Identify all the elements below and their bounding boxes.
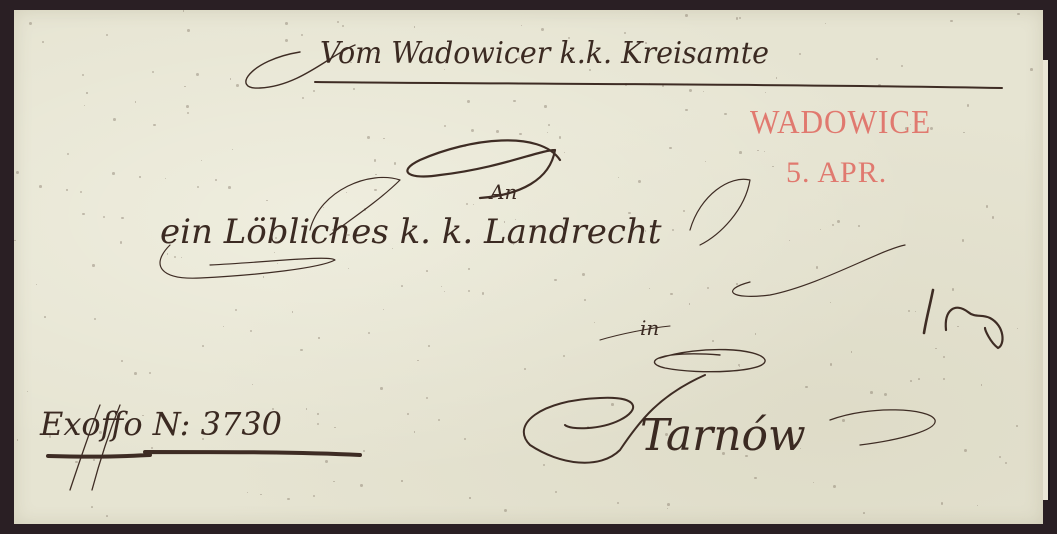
paper-speckle	[1016, 425, 1018, 427]
paper-speckle	[428, 345, 430, 347]
paper-speckle	[943, 356, 945, 358]
paper-speckle	[705, 161, 706, 162]
paper-speckle	[121, 217, 124, 220]
paper-speckle	[1017, 328, 1018, 329]
paper-speckle	[187, 29, 190, 32]
reference-number: Exoffo N: 3730	[40, 405, 282, 443]
paper-speckle	[504, 509, 507, 512]
paper-speckle	[915, 311, 916, 312]
paper-speckle	[201, 160, 202, 161]
paper-speckle	[287, 498, 289, 500]
paper-speckle	[120, 241, 122, 243]
paper-speckle	[346, 192, 347, 193]
paper-speckle	[757, 150, 759, 152]
paper-speckle	[689, 303, 691, 305]
paper-speckle	[901, 65, 903, 67]
paper-speckle	[368, 332, 370, 334]
paper-speckle	[215, 179, 217, 181]
paper-speckle	[943, 378, 946, 381]
paper-speckle	[764, 151, 765, 152]
paper-speckle	[113, 118, 116, 121]
paper-speckle	[739, 366, 740, 367]
paper-speckle	[467, 100, 470, 103]
paper-speckle	[183, 10, 184, 11]
paper-speckle	[519, 133, 522, 136]
paper-speckle	[703, 91, 704, 92]
paper-speckle	[401, 285, 403, 287]
paper-speckle	[93, 459, 95, 461]
paper-speckle	[342, 25, 344, 27]
paper-speckle	[426, 270, 428, 272]
paper-speckle	[672, 229, 674, 231]
paper-speckle	[736, 283, 738, 285]
sender-line: Vom Wadowicer k.k. Kreisamte	[320, 36, 769, 71]
paper-speckle	[825, 23, 826, 24]
paper-speckle	[106, 34, 108, 36]
paper-speckle	[186, 105, 189, 108]
paper-speckle	[313, 495, 315, 497]
paper-speckle	[84, 105, 85, 106]
paper-speckle	[649, 288, 651, 290]
paper-speckle	[935, 348, 936, 349]
paper-speckle	[301, 34, 303, 36]
paper-speckle	[250, 330, 252, 332]
paper-speckle	[277, 263, 278, 264]
paper-speckle	[724, 113, 727, 116]
paper-speckle	[739, 17, 741, 19]
paper-speckle	[285, 39, 288, 42]
paper-speckle	[908, 310, 910, 312]
paper-speckle	[830, 302, 831, 303]
paper-speckle	[165, 178, 166, 179]
paper-speckle	[611, 403, 614, 406]
paper-speckle	[317, 413, 318, 414]
paper-speckle	[121, 360, 123, 362]
paper-speckle	[75, 461, 77, 463]
postmark-date: 5. APR.	[786, 156, 887, 190]
paper-speckle	[80, 191, 82, 193]
paper-speckle	[313, 90, 315, 92]
paper-speckle	[367, 136, 370, 139]
paper-speckle	[992, 216, 995, 219]
paper-speckle	[910, 380, 912, 382]
paper-speckle	[707, 287, 709, 289]
paper-speckle	[29, 22, 32, 25]
paper-speckle	[833, 485, 836, 488]
paper-speckle	[383, 309, 384, 310]
paper-speckle	[555, 491, 557, 493]
paper-speckle	[1030, 68, 1033, 71]
paper-speckle	[337, 21, 339, 23]
paper-speckle	[91, 506, 93, 508]
paper-speckle	[667, 508, 668, 509]
paper-speckle	[624, 32, 626, 34]
paper-speckle	[473, 204, 474, 205]
paper-speckle	[263, 276, 265, 278]
paper-speckle	[67, 153, 69, 155]
paper-speckle	[851, 351, 852, 352]
paper-speckle	[86, 92, 87, 93]
paper-speckle	[685, 109, 687, 111]
paper-speckle	[830, 363, 833, 366]
paper-speckle	[513, 100, 515, 102]
paper-speckle	[407, 413, 409, 415]
paper-speckle	[232, 149, 233, 150]
paper-speckle	[27, 391, 28, 392]
paper-speckle	[235, 309, 237, 311]
paper-speckle	[401, 480, 402, 481]
paper-speckle	[414, 26, 415, 27]
paper-speckle	[296, 259, 297, 260]
paper-speckle	[184, 86, 185, 87]
paper-speckle	[441, 286, 442, 287]
paper-speckle	[139, 176, 140, 177]
paper-speckle	[837, 220, 840, 223]
paper-speckle	[426, 397, 428, 399]
paper-speckle	[670, 293, 672, 295]
paper-speckle	[964, 449, 967, 452]
paper-speckle	[174, 256, 176, 258]
paper-speckle	[197, 186, 200, 189]
paper-speckle	[582, 273, 585, 276]
paper-speckle	[380, 387, 382, 389]
paper-speckle	[816, 266, 819, 269]
paper-speckle	[986, 205, 989, 208]
paper-speckle	[468, 268, 469, 269]
paper-speckle	[1005, 462, 1007, 464]
paper-speckle	[638, 180, 641, 183]
letter-cover	[14, 10, 1043, 524]
paper-speckle	[36, 284, 37, 285]
paper-speckle	[496, 130, 499, 133]
paper-speckle	[333, 481, 334, 482]
paper-speckle	[541, 28, 544, 31]
paper-speckle	[813, 482, 814, 483]
paper-speckle	[364, 208, 367, 211]
paper-speckle	[469, 497, 470, 498]
paper-speckle	[167, 253, 168, 254]
paper-speckle	[564, 152, 565, 153]
paper-speckle	[14, 240, 16, 242]
paper-speckle	[187, 112, 189, 114]
paper-speckle	[554, 279, 556, 281]
postmark-town: WADOWICE	[750, 104, 931, 142]
paper-speckle	[285, 22, 288, 25]
paper-speckle	[414, 431, 415, 432]
paper-speckle	[870, 391, 873, 394]
paper-speckle	[318, 337, 319, 338]
paper-speckle	[236, 84, 239, 87]
address-city: Tarnów	[640, 410, 806, 461]
paper-speckle	[683, 210, 685, 212]
address-preposition: in	[640, 316, 659, 340]
paper-speckle	[544, 105, 546, 107]
paper-speckle	[649, 83, 651, 85]
paper-speckle	[444, 291, 445, 292]
paper-speckle	[950, 20, 952, 22]
paper-speckle	[594, 322, 595, 323]
paper-edge	[1043, 60, 1050, 500]
paper-speckle	[918, 378, 920, 380]
paper-speckle	[317, 423, 319, 425]
paper-speckle	[820, 229, 821, 230]
paper-speckle	[962, 239, 965, 242]
paper-speckle	[82, 213, 85, 216]
paper-speckle	[348, 268, 349, 269]
paper-speckle	[977, 505, 978, 506]
paper-speckle	[789, 240, 790, 241]
paper-speckle	[772, 166, 773, 167]
paper-speckle	[878, 84, 881, 87]
paper-speckle	[444, 125, 446, 127]
paper-speckle	[963, 132, 964, 133]
paper-speckle	[524, 368, 526, 370]
paper-speckle	[858, 225, 860, 227]
paper-speckle	[375, 174, 377, 176]
paper-speckle	[363, 450, 365, 452]
paper-speckle	[94, 318, 96, 320]
paper-speckle	[230, 78, 231, 79]
paper-speckle	[464, 438, 466, 440]
paper-speckle	[799, 53, 801, 55]
paper-speckle	[44, 316, 46, 318]
paper-speckle	[739, 151, 742, 154]
paper-speckle	[941, 502, 943, 504]
paper-speckle	[42, 41, 44, 43]
paper-speckle	[482, 292, 484, 294]
paper-speckle	[617, 502, 619, 504]
paper-speckle	[884, 393, 887, 396]
paper-speckle	[765, 92, 766, 93]
paper-speckle	[685, 14, 688, 17]
paper-speckle	[149, 372, 151, 374]
paper-speckle	[360, 484, 362, 486]
paper-speckle	[563, 355, 565, 357]
paper-speckle	[689, 89, 692, 92]
paper-speckle	[468, 290, 470, 292]
paper-speckle	[842, 419, 845, 422]
paper-speckle	[17, 439, 18, 440]
paper-speckle	[302, 97, 304, 99]
paper-speckle	[712, 340, 714, 342]
paper-speckle	[334, 427, 336, 429]
paper-speckle	[202, 345, 204, 347]
paper-speckle	[559, 136, 562, 139]
paper-speckle	[39, 185, 42, 188]
paper-speckle	[181, 257, 182, 258]
paper-speckle	[196, 73, 199, 76]
paper-speckle	[967, 104, 969, 106]
paper-speckle	[394, 162, 396, 164]
paper-speckle	[112, 172, 115, 175]
paper-speckle	[16, 171, 19, 174]
paper-speckle	[300, 349, 303, 352]
paper-speckle	[228, 186, 231, 189]
paper-speckle	[471, 129, 474, 132]
paper-speckle	[383, 138, 384, 139]
paper-speckle	[153, 124, 155, 126]
paper-speckle	[103, 216, 105, 218]
paper-speckle	[323, 207, 324, 208]
paper-speckle	[223, 326, 224, 327]
paper-speckle	[325, 460, 328, 463]
paper-speckle	[247, 492, 248, 493]
paper-speckle	[738, 364, 740, 366]
paper-speckle	[374, 189, 377, 192]
paper-speckle	[438, 419, 440, 421]
paper-speckle	[152, 71, 155, 74]
paper-speckle	[999, 456, 1001, 458]
address-recipient: ein Löbliches k. k. Landrecht	[160, 212, 662, 252]
paper-speckle	[417, 360, 418, 361]
paper-speckle	[106, 515, 108, 517]
paper-speckle	[543, 464, 545, 466]
paper-speckle	[151, 447, 153, 449]
paper-speckle	[252, 384, 254, 386]
paper-speckle	[92, 264, 94, 266]
paper-speckle	[669, 147, 671, 149]
paper-speckle	[134, 372, 137, 375]
paper-speckle	[805, 386, 807, 388]
paper-speckle	[521, 25, 522, 26]
address-salutation: An	[490, 180, 517, 204]
paper-speckle	[755, 333, 756, 334]
paper-speckle	[876, 58, 878, 60]
paper-speckle	[547, 132, 548, 133]
paper-speckle	[306, 408, 308, 410]
paper-speckle	[374, 159, 377, 162]
paper-speckle	[863, 512, 865, 514]
paper-speckle	[82, 74, 84, 76]
paper-speckle	[266, 200, 267, 201]
paper-speckle	[135, 101, 136, 102]
paper-speckle	[667, 503, 670, 506]
paper-speckle	[464, 145, 466, 147]
paper-speckle	[832, 224, 834, 226]
paper-speckle	[776, 77, 777, 78]
paper-speckle	[292, 311, 294, 313]
paper-speckle	[618, 177, 619, 178]
paper-speckle	[981, 384, 983, 386]
paper-speckle	[548, 124, 550, 126]
paper-speckle	[625, 83, 628, 86]
paper-speckle	[662, 85, 664, 87]
paper-speckle	[66, 189, 67, 190]
paper-speckle	[466, 203, 468, 205]
paper-speckle	[1017, 13, 1019, 15]
paper-speckle	[353, 88, 355, 90]
paper-speckle	[754, 477, 756, 479]
paper-speckle	[260, 494, 261, 495]
paper-speckle	[584, 299, 586, 301]
paper-speckle	[587, 426, 589, 428]
